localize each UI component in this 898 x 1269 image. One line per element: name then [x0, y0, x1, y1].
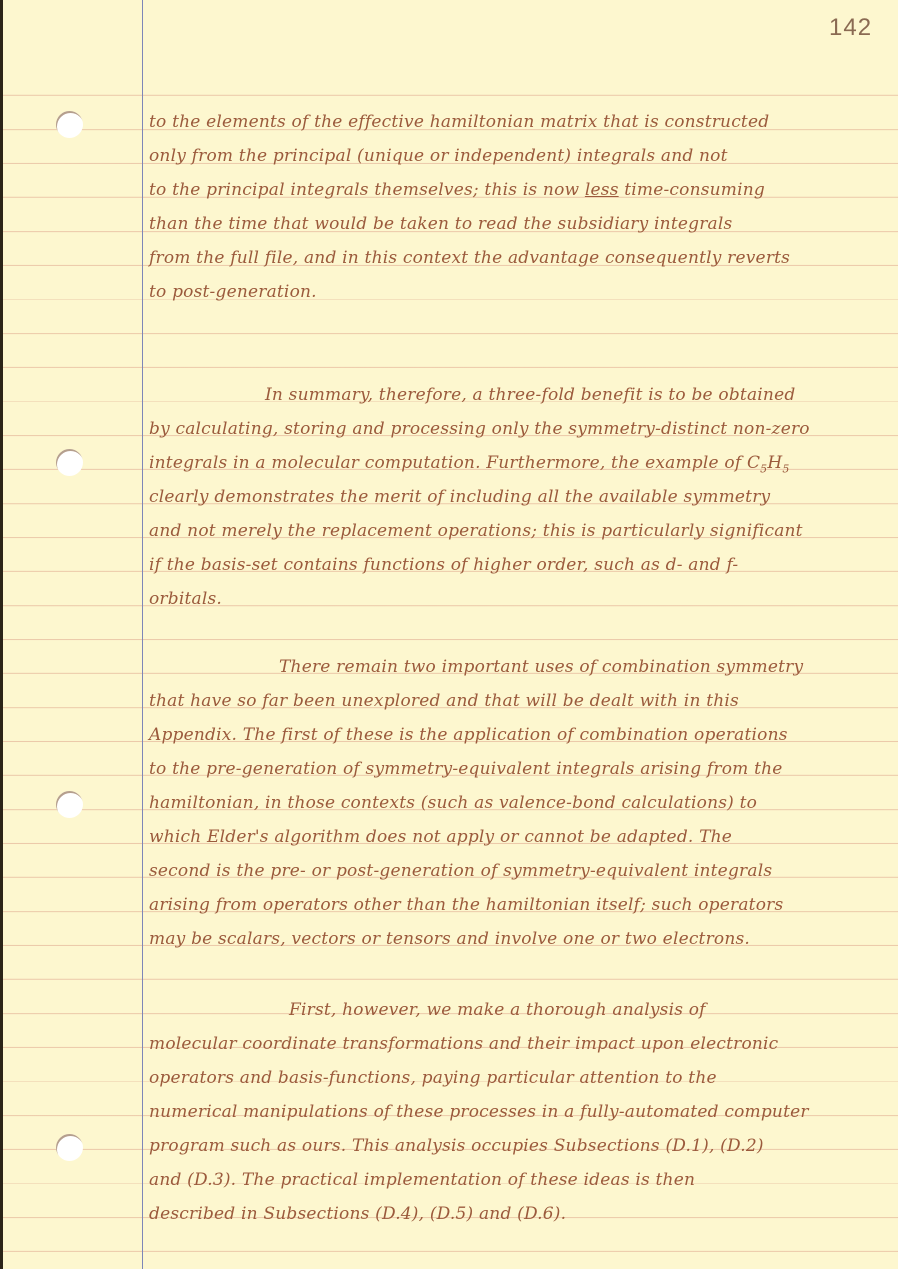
text-line: First, however, we make a thorough analy… — [289, 1000, 706, 1020]
text-line: only from the principal (unique or indep… — [149, 146, 728, 166]
formula-element: C — [747, 453, 760, 473]
formula-subscript: 5 — [782, 462, 789, 475]
text-line: integrals in a molecular computation. Fu… — [149, 453, 790, 479]
text-line: hamiltonian, in those contexts (such as … — [149, 793, 757, 813]
text-line: numerical manipulations of these process… — [149, 1102, 809, 1122]
binder-hole-icon — [56, 111, 83, 138]
page-number: 142 — [829, 14, 872, 42]
text-line: and not merely the replacement operation… — [149, 521, 803, 541]
formula-element: H — [767, 453, 782, 473]
text-line: second is the pre- or post-generation of… — [149, 861, 772, 881]
text-line: that have so far been unexplored and tha… — [149, 691, 739, 711]
text-line: In summary, therefore, a three-fold bene… — [265, 385, 795, 405]
text-line: to the elements of the effective hamilto… — [149, 112, 769, 132]
top-margin-band — [3, 0, 898, 62]
text-line: clearly demonstrates the merit of includ… — [149, 487, 770, 507]
binder-hole-icon — [56, 791, 83, 818]
text-segment: integrals in a molecular computation. Fu… — [149, 453, 741, 473]
notebook-page: 142 to the elements of the effective ham… — [0, 0, 898, 1269]
text-line: to the pre-generation of symmetry-equiva… — [149, 759, 783, 779]
text-line: to post-generation. — [149, 282, 317, 302]
chemical-formula: C5H5 — [747, 453, 790, 473]
text-line: and (D.3). The practical implementation … — [149, 1170, 695, 1190]
binder-hole-icon — [56, 1134, 83, 1161]
text-line: may be scalars, vectors or tensors and i… — [149, 929, 750, 949]
text-line: from the full file, and in this context … — [149, 248, 790, 268]
text-line: orbitals. — [149, 589, 222, 609]
text-line: operators and basis-functions, paying pa… — [149, 1068, 717, 1088]
text-segment: to the principal integrals themselves; t… — [149, 180, 579, 200]
text-line: described in Subsections (D.4), (D.5) an… — [149, 1204, 566, 1224]
text-line: Appendix. The first of these is the appl… — [149, 725, 788, 745]
text-line: than the time that would be taken to rea… — [149, 214, 732, 234]
text-segment: time-consuming — [624, 180, 765, 200]
text-line: by calculating, storing and processing o… — [149, 419, 810, 439]
text-line: if the basis-set contains functions of h… — [149, 555, 738, 575]
margin-rule-line — [142, 0, 143, 1269]
text-line: to the principal integrals themselves; t… — [149, 180, 765, 200]
text-line: molecular coordinate transformations and… — [149, 1034, 778, 1054]
emphasized-word: less — [585, 180, 619, 200]
text-line: There remain two important uses of combi… — [279, 657, 803, 677]
text-line: arising from operators other than the ha… — [149, 895, 783, 915]
text-line: program such as ours. This analysis occu… — [149, 1136, 764, 1156]
binder-hole-icon — [56, 449, 83, 476]
text-line: which Elder's algorithm does not apply o… — [149, 827, 732, 847]
